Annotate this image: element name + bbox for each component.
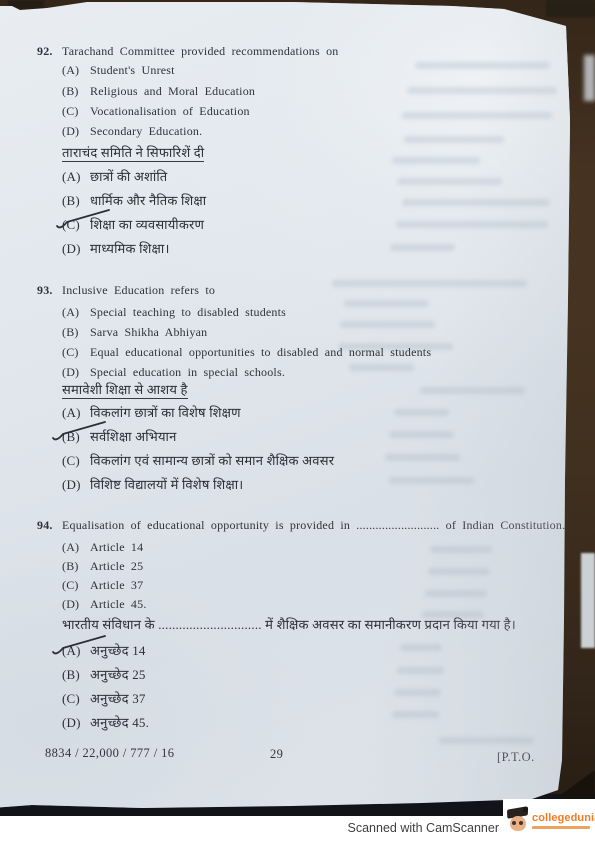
bleed-through-text xyxy=(385,454,460,461)
option-label: (D) xyxy=(62,124,90,139)
option-row: (B)Sarva Shikha Abhiyan xyxy=(62,325,207,340)
collegedunia-tagline xyxy=(532,826,590,829)
option-label: (A) xyxy=(62,63,90,78)
bleed-through-text xyxy=(392,711,439,718)
option-row: (A)Special teaching to disabled students xyxy=(62,305,286,320)
bleed-through-text xyxy=(420,387,525,394)
pto-label: [P.T.O. xyxy=(497,750,535,765)
question-text-en: Tarachand Committee provided recommendat… xyxy=(62,44,338,59)
option-row: (D)विशिष्ट विद्यालयों में विशेष शिक्षा। xyxy=(62,477,243,492)
option-text-hi: अनुच्छेद 25 xyxy=(90,667,146,682)
option-text-hi: विशिष्ट विद्यालयों में विशेष शिक्षा। xyxy=(90,477,243,492)
option-text-en: Religious and Moral Education xyxy=(90,84,255,98)
option-text-hi: विकलांग छात्रों का विशेष शिक्षण xyxy=(90,405,241,420)
option-label: (C) xyxy=(62,691,90,706)
question-text-en: Inclusive Education refers to xyxy=(62,283,215,298)
option-label: (D) xyxy=(62,597,90,612)
option-text-en: Article 14 xyxy=(90,540,143,554)
question-text-en: Equalisation of educational opportunity … xyxy=(62,518,565,533)
option-row: (D)Special education in special schools. xyxy=(62,365,285,380)
pen-tick-mark xyxy=(54,206,112,230)
option-row: (B)अनुच्छेद 25 xyxy=(62,667,146,682)
option-text-hi: अनुच्छेद 37 xyxy=(90,691,146,706)
bleed-through-text xyxy=(396,221,548,228)
option-row: (C)Article 37 xyxy=(62,578,143,593)
bleed-through-text xyxy=(402,199,550,206)
bleed-through-text xyxy=(394,409,449,416)
option-text-en: Special education in special schools. xyxy=(90,365,285,379)
collegedunia-logo: collegedunia xyxy=(503,799,595,842)
option-text-hi: अनुच्छेद 45. xyxy=(90,715,149,730)
option-text-en: Vocationalisation of Education xyxy=(90,104,250,118)
question-text-hi: समावेशी शिक्षा से आशय है xyxy=(62,382,188,397)
page-number: 29 xyxy=(270,747,283,762)
bleed-through-text xyxy=(390,244,455,251)
option-row: (D)Article 45. xyxy=(62,597,147,612)
print-code: 8834 / 22,000 / 777 / 16 xyxy=(45,746,174,761)
option-row: (C)Vocationalisation of Education xyxy=(62,104,250,119)
option-label: (D) xyxy=(62,365,90,380)
option-text-en: Special teaching to disabled students xyxy=(90,305,286,319)
option-label: (B) xyxy=(62,325,90,340)
option-label: (D) xyxy=(62,715,90,730)
bleed-through-text xyxy=(404,136,504,143)
option-row: (A)छात्रों की अशांति xyxy=(62,169,167,184)
background-corner-top-right xyxy=(546,0,595,17)
bleed-through-text xyxy=(349,364,414,371)
bleed-through-text xyxy=(439,737,534,744)
option-text-en: Article 25 xyxy=(90,559,143,573)
bleed-through-text xyxy=(402,112,552,119)
option-row: (D)अनुच्छेद 45. xyxy=(62,715,149,730)
option-text-en: Article 45. xyxy=(90,597,147,611)
question-number: 94. xyxy=(37,518,53,533)
bleed-through-text xyxy=(425,590,487,597)
option-row: (C)विकलांग एवं सामान्य छात्रों को समान श… xyxy=(62,453,334,468)
bleed-through-text xyxy=(415,62,550,69)
option-label: (C) xyxy=(62,453,90,468)
bleed-through-text xyxy=(389,431,454,438)
collegedunia-brand-text: collegedunia xyxy=(532,813,595,824)
option-text-hi: माध्यमिक शिक्षा। xyxy=(90,241,170,256)
bleed-through-text xyxy=(344,300,429,307)
collegedunia-mascot-icon xyxy=(507,807,529,834)
option-text-en: Student's Unrest xyxy=(90,63,175,77)
bleed-through-text xyxy=(407,87,557,94)
option-label: (B) xyxy=(62,84,90,99)
question-number: 92. xyxy=(37,44,53,59)
option-text-en: Sarva Shikha Abhiyan xyxy=(90,325,207,339)
paper-edge-glint xyxy=(584,55,595,101)
option-row: (C)Equal educational opportunities to di… xyxy=(62,345,431,360)
bleed-through-text xyxy=(389,477,474,484)
pen-tick-mark xyxy=(50,418,108,442)
bleed-through-text xyxy=(332,280,527,287)
option-row: (A)Article 14 xyxy=(62,540,143,555)
bleed-through-text xyxy=(397,178,502,185)
option-text-hi: विकलांग एवं सामान्य छात्रों को समान शैक्… xyxy=(90,453,334,468)
bleed-through-text xyxy=(394,689,441,696)
question-text-hi: भारतीय संविधान के ......................… xyxy=(62,617,516,632)
option-text-en: Secondary Education. xyxy=(90,124,202,138)
option-label: (A) xyxy=(62,169,90,184)
option-row: (C)अनुच्छेद 37 xyxy=(62,691,146,706)
option-row: (B)Religious and Moral Education xyxy=(62,84,255,99)
question-text-hi: ताराचंद समिति ने सिफारिशें दी xyxy=(62,145,204,160)
option-row: (B)Article 25 xyxy=(62,559,143,574)
pen-tick-mark xyxy=(50,632,108,656)
bleed-through-text xyxy=(430,546,492,553)
bleed-through-text xyxy=(428,568,490,575)
option-label: (D) xyxy=(62,477,90,492)
option-label: (A) xyxy=(62,540,90,555)
option-text-hi: छात्रों की अशांति xyxy=(90,169,167,184)
option-row: (A)Student's Unrest xyxy=(62,63,175,78)
option-row: (D)Secondary Education. xyxy=(62,124,202,139)
option-label: (A) xyxy=(62,305,90,320)
bleed-through-text xyxy=(400,644,442,651)
bleed-through-text xyxy=(340,321,435,328)
option-label: (C) xyxy=(62,578,90,593)
option-label: (C) xyxy=(62,104,90,119)
option-label: (C) xyxy=(62,345,90,360)
question-number: 93. xyxy=(37,283,53,298)
option-label: (B) xyxy=(62,667,90,682)
option-text-en: Article 37 xyxy=(90,578,143,592)
paper-edge-tab xyxy=(581,553,595,648)
option-row: (D)माध्यमिक शिक्षा। xyxy=(62,241,170,256)
exam-sheet: 92. Tarachand Committee provided recomme… xyxy=(0,0,570,812)
camscanner-label: Scanned with CamScanner xyxy=(348,821,499,835)
option-label: (B) xyxy=(62,559,90,574)
bleed-through-text xyxy=(392,157,480,164)
bleed-through-text xyxy=(397,667,444,674)
option-text-en: Equal educational opportunities to disab… xyxy=(90,345,431,359)
option-label: (D) xyxy=(62,241,90,256)
scanned-exam-page: { "option_labels": ["(A)", "(B)", "(C)",… xyxy=(0,0,595,842)
